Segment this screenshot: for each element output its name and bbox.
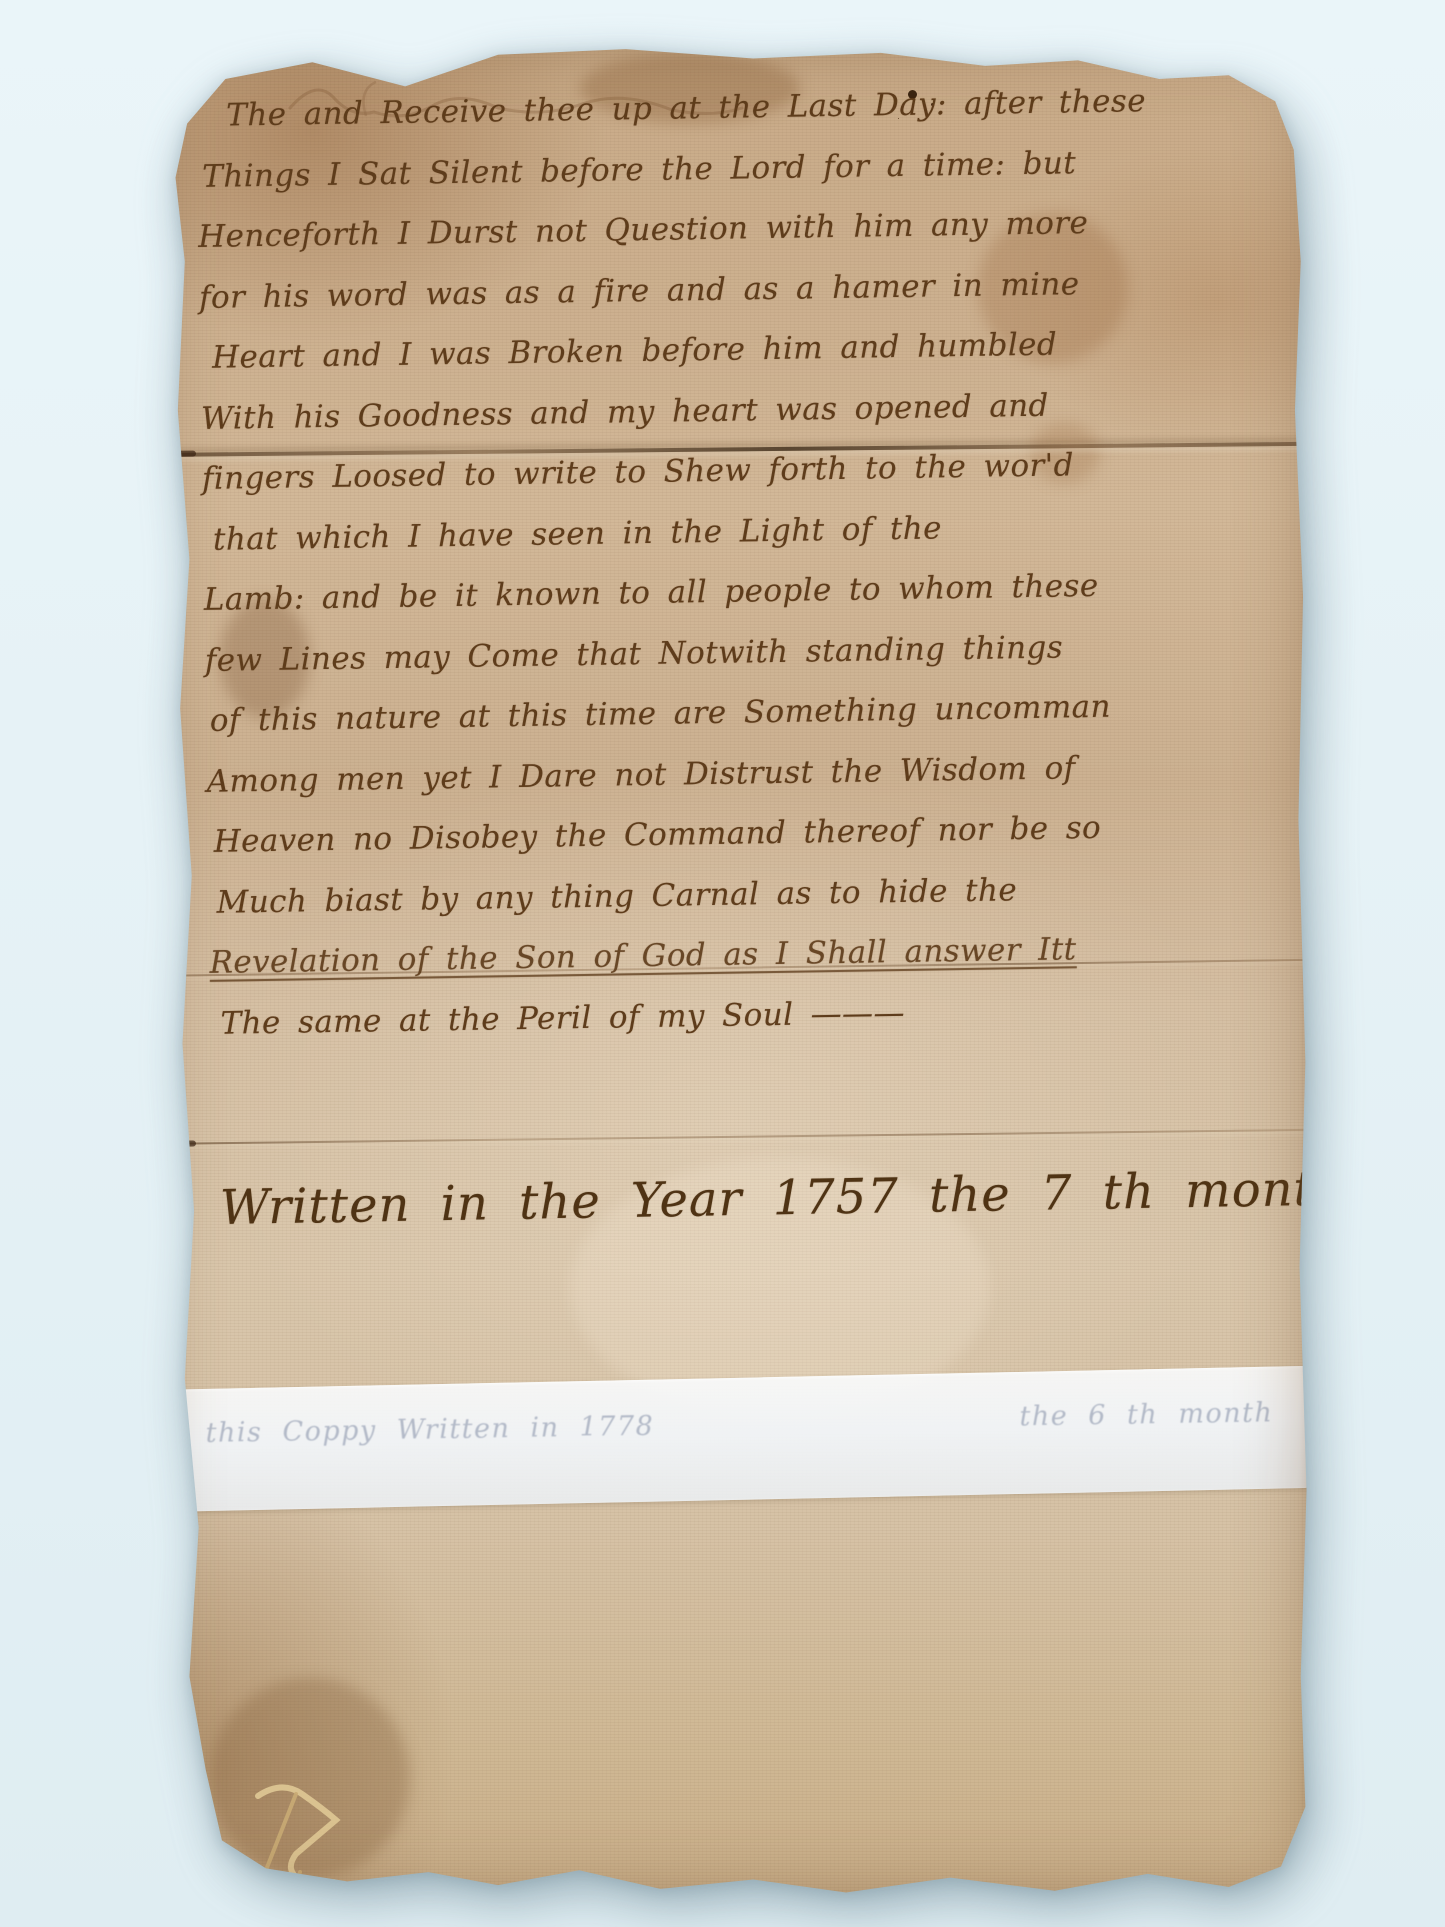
- edge-tear: [150, 451, 196, 457]
- manuscript-text-block: The and Receive thee up at the Last Day:…: [196, 82, 1251, 1066]
- repair-tape-strip: this Coppy Written in 1778 the 6 th mont…: [157, 1366, 1309, 1512]
- binding-thread: [200, 1768, 520, 1927]
- repair-tape-right-text: the 6 th month: [1019, 1397, 1273, 1432]
- repair-tape-left-text: this Coppy Written in 1778: [205, 1411, 654, 1449]
- manuscript-page: The and Receive thee up at the Last Day:…: [150, 38, 1310, 1900]
- fold-crease-lower: [150, 1129, 1310, 1145]
- photo-background: The and Receive thee up at the Last Day:…: [0, 0, 1445, 1927]
- paper-sheet: The and Receive thee up at the Last Day:…: [150, 38, 1310, 1900]
- edge-tear: [150, 1140, 196, 1147]
- dateline: Written in the Year 1757 the 7 th month.: [220, 1160, 1363, 1236]
- paper-stain: [210, 1678, 410, 1878]
